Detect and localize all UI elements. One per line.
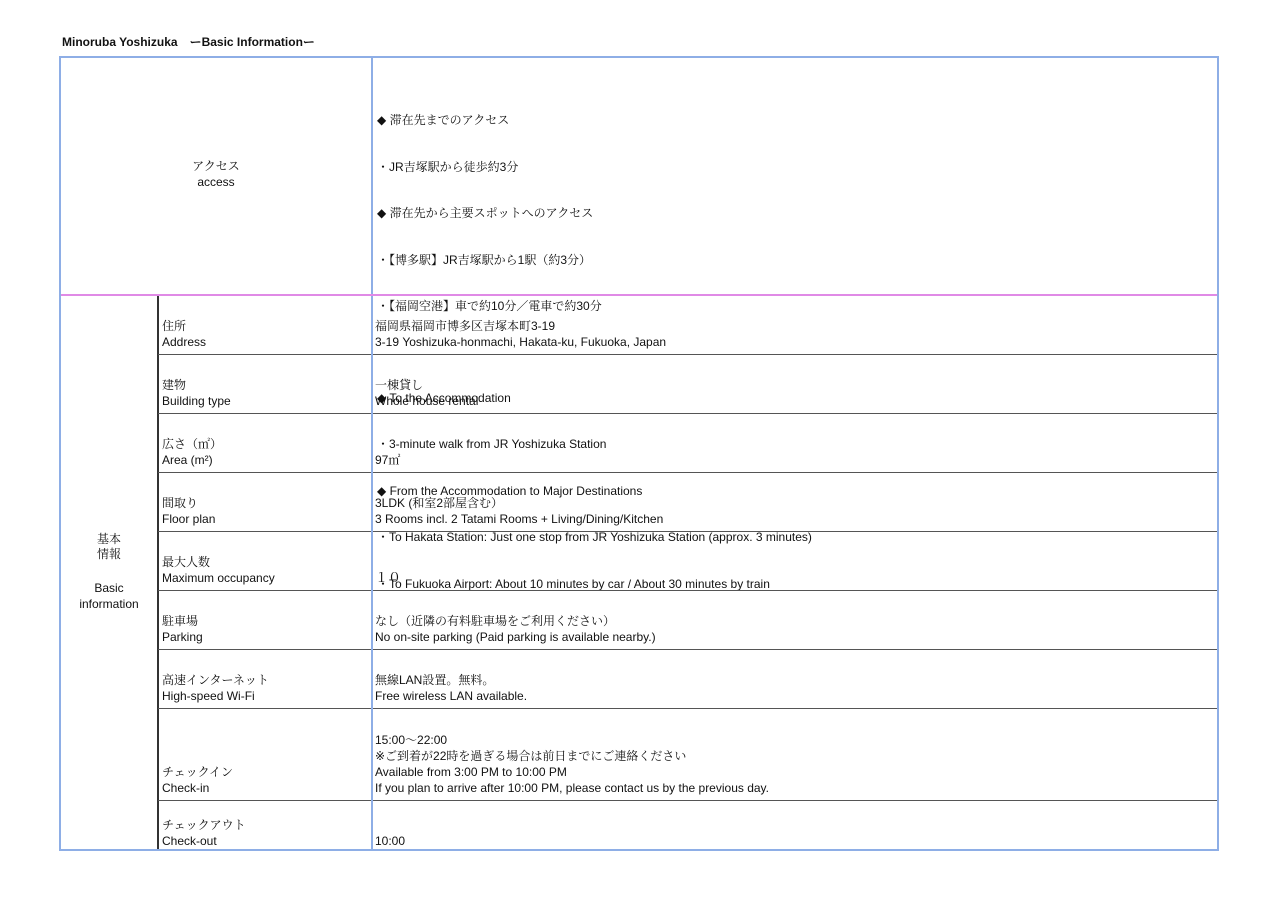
- row-label-en: Area (m²): [162, 452, 222, 468]
- row-label-jp: チェックアウト: [162, 817, 246, 833]
- access-row: アクセス access ◆ 滞在先までのアクセス ・JR吉塚駅から徒歩約3分 ◆…: [61, 58, 1217, 296]
- row-label-jp: 広さ（㎡）: [162, 436, 222, 452]
- row-label-en: Check-out: [162, 833, 246, 849]
- table-row-area: 広さ（㎡）Area (m²) 97㎡: [158, 414, 1217, 473]
- row-label-jp: 最大人数: [162, 554, 275, 570]
- row-value: 無線LAN設置。無料。 Free wireless LAN available.: [375, 672, 527, 704]
- row-label-en: Maximum occupancy: [162, 570, 275, 586]
- column-divider: [371, 58, 373, 294]
- row-label-jp: 建物: [162, 377, 231, 393]
- row-label-en: Parking: [162, 629, 203, 645]
- row-value: １０: [375, 570, 401, 586]
- table-row-check-out: チェックアウトCheck-out 10:00: [158, 801, 1217, 853]
- row-label-jp: 高速インターネット: [162, 672, 269, 688]
- row-value: 3LDK (和室2部屋含む） 3 Rooms incl. 2 Tatami Ro…: [375, 495, 663, 527]
- basic-info-section: 基本 情報 Basic information 住所Address 福岡県福岡市…: [61, 296, 1217, 849]
- category-label: 基本 情報 Basic information: [61, 296, 157, 849]
- row-label-jp: 住所: [162, 318, 206, 334]
- page-title: Minoruba Yoshizuka ーBasic Informationー: [62, 33, 315, 50]
- row-label-en: Building type: [162, 393, 231, 409]
- category-jp: 基本: [61, 532, 157, 547]
- category-en: information: [61, 596, 157, 612]
- access-label-en: access: [61, 174, 371, 190]
- category-jp: 情報: [61, 547, 157, 562]
- access-line: ・【博多駅】JR吉塚駅から1駅（約3分）: [377, 253, 812, 269]
- row-label-jp: チェックイン: [162, 764, 233, 780]
- row-label-en: Address: [162, 334, 206, 350]
- access-label: アクセス access: [61, 158, 371, 190]
- row-value: なし（近隣の有料駐車場をご利用ください） No on-site parking …: [375, 613, 656, 645]
- row-label-jp: 間取り: [162, 495, 215, 511]
- row-label-en: High-speed Wi-Fi: [162, 688, 269, 704]
- access-line: ・JR吉塚駅から徒歩約3分: [377, 160, 812, 176]
- access-label-jp: アクセス: [61, 158, 371, 174]
- column-divider: [371, 296, 373, 849]
- row-value: 97㎡: [375, 452, 400, 468]
- row-label-jp: 駐車場: [162, 613, 203, 629]
- row-value: 15:00〜22:00 ※ご到着が22時を過ぎる場合は前日までにご連絡ください …: [375, 732, 769, 796]
- table-row-check-in: チェックインCheck-in 15:00〜22:00 ※ご到着が22時を過ぎる場…: [158, 709, 1217, 801]
- access-line: ◆ 滞在先から主要スポットへのアクセス: [377, 206, 812, 222]
- table-row-parking: 駐車場Parking なし（近隣の有料駐車場をご利用ください） No on-si…: [158, 591, 1217, 650]
- access-line: ◆ 滞在先までのアクセス: [377, 113, 812, 129]
- table-row-wifi: 高速インターネットHigh-speed Wi-Fi 無線LAN設置。無料。 Fr…: [158, 650, 1217, 709]
- row-value: 福岡県福岡市博多区吉塚本町3-19 3-19 Yoshizuka-honmach…: [375, 318, 666, 350]
- row-value: 一棟貸し Whole house rental: [375, 377, 478, 409]
- table-row-building-type: 建物Building type 一棟貸し Whole house rental: [158, 355, 1217, 414]
- row-label-en: Check-in: [162, 780, 233, 796]
- table-row-address: 住所Address 福岡県福岡市博多区吉塚本町3-19 3-19 Yoshizu…: [158, 296, 1217, 355]
- category-en: Basic: [61, 580, 157, 596]
- table-row-floor-plan: 間取りFloor plan 3LDK (和室2部屋含む） 3 Rooms inc…: [158, 473, 1217, 532]
- row-label-en: Floor plan: [162, 511, 215, 527]
- row-value: 10:00: [375, 833, 405, 849]
- info-rows: 住所Address 福岡県福岡市博多区吉塚本町3-19 3-19 Yoshizu…: [158, 296, 1217, 849]
- basic-info-table: アクセス access ◆ 滞在先までのアクセス ・JR吉塚駅から徒歩約3分 ◆…: [59, 56, 1219, 851]
- table-row-max-occupancy: 最大人数Maximum occupancy １０: [158, 532, 1217, 591]
